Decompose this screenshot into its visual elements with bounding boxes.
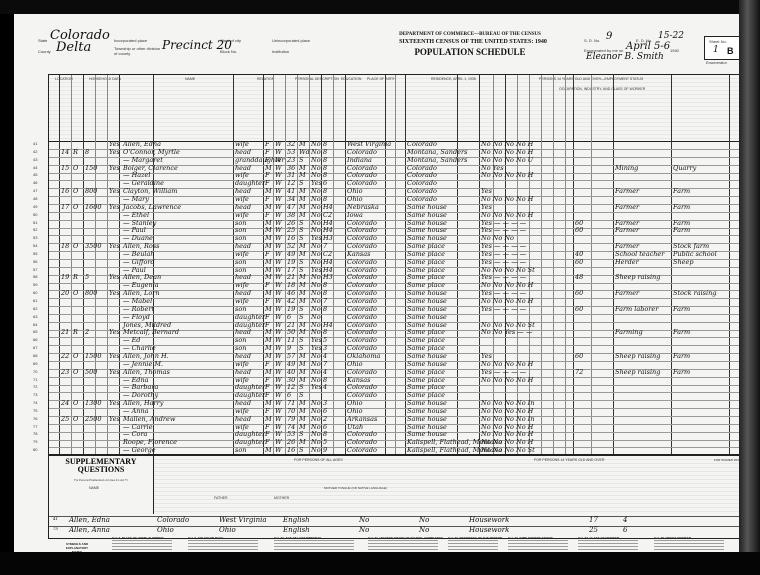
cell-marital: M — [299, 415, 306, 423]
cell-relation: wife — [235, 281, 249, 289]
cell-school: No — [311, 195, 321, 203]
cell-name: — Charlie — [123, 344, 156, 352]
cell-age: 19 — [287, 305, 295, 313]
cell-occupation: Farmer — [615, 203, 639, 211]
cell-res1935: Colorado — [407, 195, 437, 203]
cell-emp: Yes — — — — — [481, 226, 526, 234]
col-language: MOTHER TONGUE (OR NATIVE LANGUAGE) — [324, 486, 387, 490]
cell-grade: 8 — [323, 187, 327, 195]
cell-occupation: Sheep raising — [615, 352, 660, 360]
cell-own: O — [73, 164, 78, 172]
cell-school: No — [311, 297, 321, 305]
cell-sex: F — [265, 423, 270, 431]
cell-relation: head — [235, 415, 251, 423]
cell-sex: F — [265, 140, 270, 148]
cell-name: Bolger, Clarence — [123, 164, 178, 172]
cell-hrs: 72 — [575, 368, 583, 376]
cell-marital: S — [299, 430, 303, 438]
cell-race: W — [275, 368, 282, 376]
cell-name: Allen, John H. — [123, 352, 169, 360]
cell-name: Metcalf, Bernard — [123, 328, 179, 336]
supp-cell-language: English — [283, 526, 310, 534]
cell-marital: M — [299, 438, 306, 446]
incorporated-place-label: Incorporated place — [114, 38, 147, 43]
cell-name: — Paul — [123, 226, 146, 234]
line-number: 43 — [33, 157, 37, 162]
cell-industry: Public school — [673, 250, 717, 258]
line-number: 47 — [33, 188, 37, 193]
cell-emp: No No No No H — [481, 407, 533, 415]
supp-cell-children: 4 — [623, 516, 627, 524]
cell-race: W — [275, 164, 282, 172]
cell-name: — Carrie — [123, 423, 153, 431]
cell-grade: 4 — [323, 383, 327, 391]
sheet-label: Sheet No. — [709, 39, 727, 44]
cell-age: 50 — [287, 328, 295, 336]
cell-age: 71 — [287, 399, 295, 407]
cell-name: — George — [123, 446, 156, 454]
line-number: 48 — [33, 196, 37, 201]
cell-relation: head — [235, 352, 251, 360]
cell-race: W — [275, 328, 282, 336]
cell-name: Jones, Mildred — [123, 321, 171, 329]
cell-name: Allen, Harry — [123, 399, 163, 407]
cell-farm: Yes — [109, 187, 120, 195]
cell-hrs: 60 — [575, 258, 583, 266]
cell-race: W — [275, 187, 282, 195]
cell-race: W — [275, 219, 282, 227]
county-label: County — [38, 49, 51, 54]
cell-sex: M — [265, 242, 272, 250]
cell-name: — Hazel — [123, 171, 150, 179]
line-number: 67 — [33, 345, 37, 350]
cell-age: 21 — [287, 273, 295, 281]
cell-relation: daughter — [235, 313, 265, 321]
cell-relation: head — [235, 187, 251, 195]
line-number: 69 — [33, 361, 37, 366]
cell-emp: No No No — [481, 234, 514, 242]
cell-value: 2 — [85, 328, 89, 336]
cell-house: 19 — [61, 273, 69, 281]
department-title: DEPARTMENT OF COMMERCE—BUREAU OF THE CEN… — [390, 32, 550, 37]
cell-race: W — [275, 321, 282, 329]
cell-emp: Yes — — — — — [481, 219, 526, 227]
cell-race: W — [275, 140, 282, 148]
cell-res1935: Same house — [407, 415, 447, 423]
cell-birthplace: Colorado — [347, 336, 377, 344]
cell-res1935: Same place — [407, 328, 445, 336]
cell-school: No — [311, 273, 321, 281]
cell-hrs: 60 — [575, 305, 583, 313]
cell-marital: M — [299, 250, 306, 258]
cell-school: No — [311, 258, 321, 266]
scan-border-right — [739, 0, 760, 575]
cell-own: R — [73, 328, 78, 336]
cell-res1935: Same place — [407, 383, 445, 391]
cell-industry: Stock farm — [673, 242, 709, 250]
cell-sex: F — [265, 438, 270, 446]
cell-marital: S — [299, 383, 303, 391]
cell-marital: M — [299, 376, 306, 384]
cell-birthplace: Iowa — [347, 211, 363, 219]
cell-emp: Yes — — — — — [481, 289, 526, 297]
cell-hrs: 40 — [575, 250, 583, 258]
cell-age: 52 — [287, 242, 295, 250]
cell-age: 38 — [287, 211, 295, 219]
scan-border-top — [0, 0, 760, 14]
cell-birthplace: Colorado — [347, 344, 377, 352]
cell-school: No — [311, 171, 321, 179]
cell-res1935: Same place — [407, 336, 445, 344]
cell-emp: No No No No H — [481, 140, 533, 148]
cell-name: — Paul — [123, 266, 146, 274]
cell-marital: S — [299, 391, 303, 399]
supp-cell-name: Allen, Anna — [69, 526, 110, 534]
cell-emp: No No No No H — [481, 171, 533, 179]
cell-age: 47 — [287, 203, 295, 211]
cell-sex: M — [265, 266, 272, 274]
cell-value: 150 — [85, 164, 97, 172]
cell-grade: 8 — [323, 281, 327, 289]
line-number: 71 — [33, 377, 37, 382]
cell-age: 26 — [287, 219, 295, 227]
cell-race: W — [275, 211, 282, 219]
cell-emp: Yes — — — — — [481, 250, 526, 258]
cell-name: — Cora — [123, 430, 147, 438]
cell-relation: wife — [235, 407, 249, 415]
supp-cell-children: 6 — [623, 526, 627, 534]
county-value: Delta — [56, 40, 91, 55]
cell-marital: S — [299, 313, 303, 321]
cell-birthplace: Colorado — [347, 321, 377, 329]
cell-relation: head — [235, 328, 251, 336]
cell-emp: Yes — — — — — [481, 368, 526, 376]
line-number: 58 — [33, 274, 37, 279]
cell-grade: 6 — [323, 423, 327, 431]
cell-marital: S — [299, 446, 303, 454]
cell-relation: head — [235, 148, 251, 156]
cell-relation: son — [235, 219, 246, 227]
cell-sex: M — [265, 352, 272, 360]
cell-marital: S — [299, 336, 303, 344]
cell-marital: M — [299, 211, 306, 219]
cell-relation: head — [235, 164, 251, 172]
cell-race: W — [275, 179, 282, 187]
cell-name: — Duane — [123, 234, 153, 242]
cell-grade: 6 — [323, 407, 327, 415]
cell-birthplace: Colorado — [347, 148, 377, 156]
cell-school: No — [311, 156, 321, 164]
cell-value: 2500 — [85, 415, 102, 423]
line-number: 80 — [33, 447, 37, 452]
cell-marital: M — [299, 352, 306, 360]
cell-grade: 7 — [323, 360, 327, 368]
cell-industry: Farm — [673, 352, 690, 360]
cell-marital: Wd — [299, 148, 310, 156]
cell-farm: Yes — [109, 368, 120, 376]
cell-birthplace: Oklahoma — [347, 352, 380, 360]
line-number: 52 — [33, 227, 37, 232]
cell-race: W — [275, 376, 282, 384]
cell-school: No — [311, 321, 321, 329]
cell-grade: 5 — [323, 438, 327, 446]
cell-sex: F — [265, 360, 270, 368]
cell-relation: daughter — [235, 391, 265, 399]
cell-value: 3500 — [85, 242, 102, 250]
cell-school: No — [311, 281, 321, 289]
cell-sex: F — [265, 179, 270, 187]
cell-industry: Stock raising — [673, 289, 716, 297]
cell-house: 24 — [61, 399, 69, 407]
cell-birthplace: Ohio — [347, 195, 363, 203]
cell-own: O — [73, 203, 78, 211]
cell-relation: wife — [235, 423, 249, 431]
cell-birthplace: Colorado — [347, 328, 377, 336]
cell-own: O — [73, 368, 78, 376]
cell-birthplace: Colorado — [347, 171, 377, 179]
cell-age: 34 — [287, 195, 295, 203]
cell-relation: wife — [235, 297, 249, 305]
supp-cell-mother_birth: West Virginia — [219, 516, 267, 524]
cell-emp: No No Yes — — — [481, 328, 532, 336]
group-location: LOCATION — [55, 77, 73, 81]
cell-value: 1600 — [85, 203, 102, 211]
cell-marital: M — [299, 360, 306, 368]
cell-age: 9 — [287, 344, 291, 352]
cell-school: No — [311, 203, 321, 211]
cell-relation: head — [235, 242, 251, 250]
cell-value: 5 — [85, 273, 89, 281]
cell-relation: daughter — [235, 438, 265, 446]
cell-sex: M — [265, 234, 272, 242]
cell-res1935: Same house — [407, 203, 447, 211]
supp-cell-name: Allen, Edna — [69, 516, 110, 524]
cell-relation: son — [235, 344, 246, 352]
cell-birthplace: Colorado — [347, 164, 377, 172]
cell-res1935: Same house — [407, 321, 447, 329]
section-14-over: FOR PERSONS 14 YEARS OLD AND OVER — [534, 458, 604, 462]
cell-age: 53 — [287, 148, 295, 156]
cell-birthplace: Colorado — [347, 438, 377, 446]
cell-relation: son — [235, 446, 246, 454]
cell-res1935: Same place — [407, 344, 445, 352]
cell-age: 6 — [287, 391, 291, 399]
cell-school: No — [311, 140, 321, 148]
cell-birthplace: Colorado — [347, 179, 377, 187]
group-residence-1935: RESIDENCE, APRIL 1, 1935 — [431, 77, 476, 81]
cell-age: 49 — [287, 360, 295, 368]
cell-school: Yes — [311, 383, 322, 391]
cell-race: W — [275, 383, 282, 391]
cell-res1935: Same place — [407, 266, 445, 274]
supplementary-title: SUPPLEMENTARY QUESTIONS — [51, 458, 151, 474]
cell-age: 26 — [287, 438, 295, 446]
cell-grade: 8 — [323, 305, 327, 313]
cell-res1935: Same place — [407, 250, 445, 258]
cell-age: 53 — [287, 430, 295, 438]
cell-marital: M — [299, 164, 306, 172]
cell-age: 49 — [287, 250, 295, 258]
cell-age: 11 — [287, 336, 295, 344]
cell-race: W — [275, 297, 282, 305]
cell-relation: head — [235, 203, 251, 211]
cell-marital: S — [299, 258, 303, 266]
line-number: 78 — [33, 431, 37, 436]
cell-res1935: Same place — [407, 368, 445, 376]
cell-sex: F — [265, 148, 270, 156]
cell-grade: 8 — [323, 140, 327, 148]
cell-occupation: Farming — [615, 328, 643, 336]
cell-emp: Yes — [481, 352, 492, 360]
line-number: 57 — [33, 267, 37, 272]
cell-school: No — [311, 250, 321, 258]
cell-name: — Ethel — [123, 211, 149, 219]
cell-marital: S — [299, 179, 303, 187]
cell-birthplace: Colorado — [347, 234, 377, 242]
cell-res1935: Colorado — [407, 164, 437, 172]
cell-marital: M — [299, 423, 306, 431]
supp-cell-veteran: No — [359, 526, 369, 534]
supp-cell-years: 17 — [589, 516, 598, 524]
cell-res1935: Same house — [407, 297, 447, 305]
cell-grade: 2 — [323, 415, 327, 423]
cell-grade: H4 — [323, 266, 333, 274]
cell-birthplace: Colorado — [347, 289, 377, 297]
line-number: 77 — [33, 424, 37, 429]
cell-emp: No No No No H — [481, 423, 533, 431]
cell-occupation: Farmer — [615, 187, 639, 195]
enumerated-date: April 5-6 — [626, 41, 670, 52]
cell-age: 41 — [287, 187, 295, 195]
cell-school: No — [311, 360, 321, 368]
cell-school: No — [311, 438, 321, 446]
sd-label: S. D. No. — [584, 38, 600, 43]
cell-hrs: 48 — [575, 273, 583, 281]
cell-name: — Mabel — [123, 297, 152, 305]
cell-name: — Edna — [123, 376, 149, 384]
cell-name: — Ed — [123, 336, 140, 344]
col-name: NAME — [89, 486, 99, 490]
cell-name: Allen, Ross — [123, 242, 160, 250]
cell-age: 16 — [287, 446, 295, 454]
cell-emp: No No No No H — [481, 211, 533, 219]
cell-value: 800 — [85, 289, 97, 297]
cell-marital: M — [299, 187, 306, 195]
cell-race: W — [275, 446, 282, 454]
cell-race: W — [275, 258, 282, 266]
cell-school: No — [311, 164, 321, 172]
cell-sex: F — [265, 171, 270, 179]
cell-relation: son — [235, 258, 246, 266]
cell-marital: M — [299, 140, 306, 148]
cell-res1935: Same house — [407, 360, 447, 368]
cell-name: — Stanley — [123, 219, 156, 227]
cell-school: No — [311, 415, 321, 423]
cell-birthplace: Colorado — [347, 281, 377, 289]
cell-birthplace: Colorado — [347, 219, 377, 227]
cell-farm: Yes — [109, 289, 120, 297]
cell-name: — Gifford — [123, 258, 155, 266]
cell-sex: F — [265, 195, 270, 203]
cell-name: Allen, Thomas — [123, 368, 170, 376]
cell-age: 25 — [287, 226, 295, 234]
line-number: 45 — [33, 172, 37, 177]
cell-grade: 3 — [323, 399, 327, 407]
line-number: 56 — [33, 259, 37, 264]
cell-sex: M — [265, 164, 272, 172]
cell-hrs: 60 — [575, 226, 583, 234]
line-number: 66 — [33, 337, 37, 342]
cell-birthplace: Nebraska — [347, 203, 379, 211]
cell-name: — Barbara — [123, 383, 158, 391]
cell-birthplace: Colorado — [347, 226, 377, 234]
unincorporated-label: Unincorporated place — [272, 38, 310, 43]
cell-sex: M — [265, 187, 272, 195]
cell-res1935: Same house — [407, 430, 447, 438]
enumerator-label: Enumerator — [706, 60, 727, 65]
cell-birthplace: Utah — [347, 423, 363, 431]
cell-industry: Farm — [673, 219, 690, 227]
cell-sex: M — [265, 415, 272, 423]
cell-age: 12 — [287, 179, 295, 187]
cell-name: — Anna — [123, 407, 149, 415]
census-page: State Colorado County Delta Incorporated… — [14, 14, 739, 560]
cell-school: No — [311, 446, 321, 454]
cell-name: Mallen, Andrew — [123, 415, 175, 423]
cell-industry: Quarry — [673, 164, 696, 172]
cell-grade: 4 — [323, 352, 327, 360]
cell-res1935: Same house — [407, 352, 447, 360]
cell-res1935: Same place — [407, 258, 445, 266]
cell-marital: S — [299, 234, 303, 242]
cell-birthplace: Ohio — [347, 360, 363, 368]
cell-farm: Yes — [109, 148, 120, 156]
cell-house: 16 — [61, 187, 69, 195]
supp-cell-soc_sec: No — [419, 516, 429, 524]
supplementary-questions: SUPPLEMENTARY QUESTIONS For Persons Enum… — [48, 454, 739, 539]
cell-name: Clayton, William — [123, 187, 177, 195]
line-number: 46 — [33, 180, 37, 185]
cell-age: 46 — [287, 289, 295, 297]
cell-race: W — [275, 266, 282, 274]
cell-sex: F — [265, 313, 270, 321]
line-number: 76 — [33, 416, 37, 421]
cell-race: W — [275, 234, 282, 242]
cell-marital: S — [299, 219, 303, 227]
cell-res1935: Same place — [407, 273, 445, 281]
cell-house: 20 — [61, 289, 69, 297]
line-number: 65 — [33, 329, 37, 334]
cell-school: No — [311, 352, 321, 360]
cell-school: No — [311, 376, 321, 384]
cell-sex: F — [265, 407, 270, 415]
cell-sex: M — [265, 446, 272, 454]
cell-marital: M — [299, 368, 306, 376]
line-number: 41 — [33, 141, 37, 146]
cell-grade: C2 — [323, 211, 332, 219]
cell-birthplace: Ohio — [347, 187, 363, 195]
cell-school: No — [311, 148, 321, 156]
cell-marital: M — [299, 281, 306, 289]
cell-sex: F — [265, 391, 270, 399]
cell-res1935: Same house — [407, 313, 447, 321]
cell-relation: head — [235, 399, 251, 407]
cell-marital: M — [299, 273, 306, 281]
scan-border-bottom — [0, 552, 760, 575]
cell-sex: M — [265, 368, 272, 376]
cell-house: 18 — [61, 242, 69, 250]
cell-school: No — [311, 368, 321, 376]
